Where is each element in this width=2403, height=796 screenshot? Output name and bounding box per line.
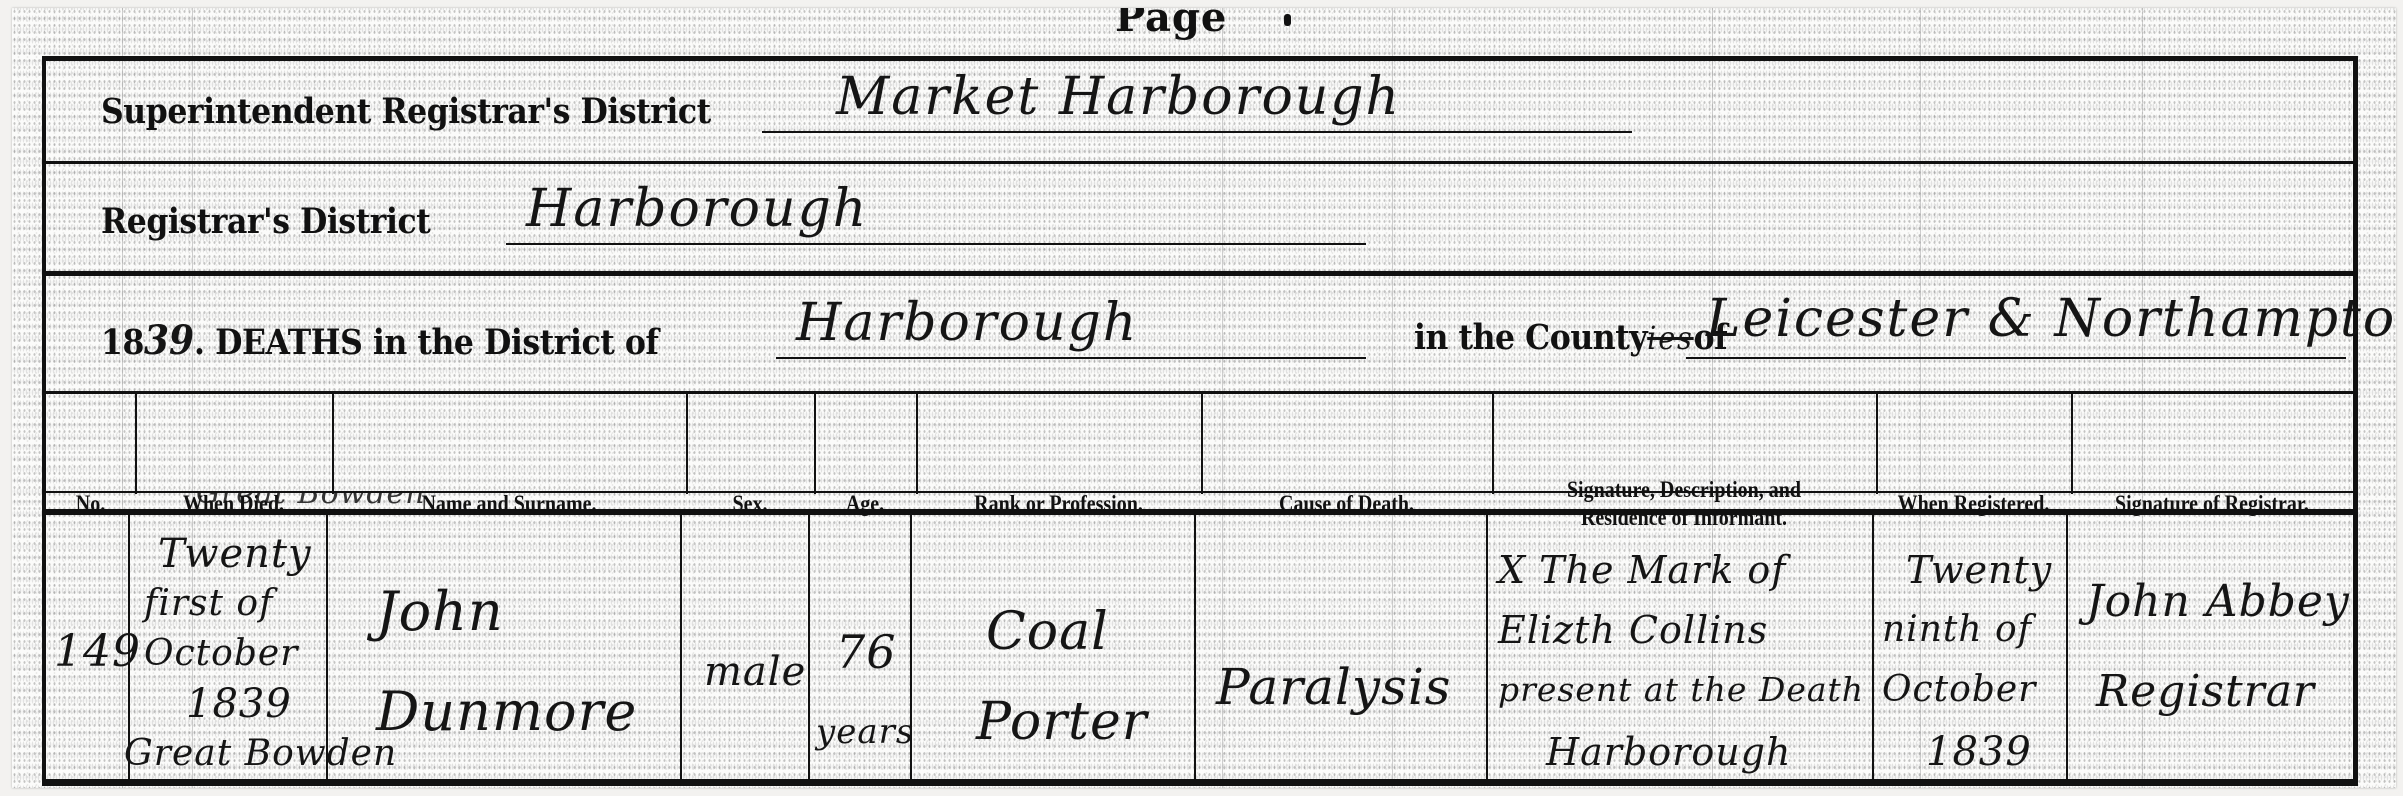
superintendent-label: Superintendent Registrar's District (101, 91, 711, 132)
when-registered-line-3: October (1882, 659, 2036, 721)
col-header-registrar: Signature of Registrar. (2071, 449, 2353, 558)
registrar-underline (506, 243, 1366, 245)
rank-line-2: Porter (976, 691, 1148, 753)
register-table: Superintendent Registrar's District Mark… (42, 56, 2358, 786)
name-first: John (376, 581, 504, 643)
informant-line-1: X The Mark of (1498, 539, 1786, 601)
when-died-line-5: Great Bowden (124, 723, 397, 785)
age-number: 76 (836, 621, 897, 683)
when-registered-line-1: Twenty (1906, 539, 2052, 601)
informant-line-4: Harborough (1546, 721, 1791, 783)
county-value: Leicester & Northampton (1706, 289, 2396, 349)
register-page: Page Superintendent Registrar's District… (12, 8, 2396, 788)
county-text: in the County (1414, 317, 1647, 358)
age-unit: years (816, 701, 914, 763)
district-underline (776, 357, 1366, 359)
deaths-label: . DEATHS in the District of (194, 322, 658, 363)
registrar-label: Registrar's District (101, 201, 430, 242)
superintendent-value: Market Harborough (836, 67, 1401, 127)
superintendent-underline (762, 131, 1632, 133)
rule (46, 391, 2353, 394)
col-header-sex: Sex. (686, 449, 814, 558)
year-prefix: 18 (101, 322, 144, 363)
registrar-value: Harborough (526, 179, 868, 239)
deaths-title: 1839. DEATHS in the District of (101, 317, 658, 364)
name-surname: Dunmore (376, 681, 637, 743)
registrar-signature: John Abbey (2086, 571, 2350, 633)
col-header-no: No. (46, 449, 135, 558)
cause-value: Paralysis (1216, 656, 1451, 718)
informant-line-3: present at the Death (1498, 659, 1864, 721)
county-underline (1686, 357, 2346, 359)
col-header-cause: Cause of Death. (1201, 449, 1492, 558)
page-number-fragment (1284, 14, 1291, 26)
sex-value: male (704, 641, 806, 703)
rule (46, 271, 2353, 276)
when-registered-line-4: 1839 (1926, 721, 2032, 783)
entry-number: 149 (54, 621, 141, 683)
county-struck: ies (1647, 319, 1693, 357)
year-suffix: 39 (144, 317, 194, 364)
informant-line-2: Elizth Collins (1498, 599, 1768, 661)
registrar-title: Registrar (2096, 661, 2315, 723)
county-label: in the Countyiesof (1414, 317, 1727, 358)
col-header-rank: Rank or Profession. (916, 449, 1201, 558)
district-value: Harborough (796, 293, 1138, 353)
when-registered-line-2: ninth of (1882, 599, 2032, 661)
page-label: Page (1115, 8, 1227, 41)
rule (46, 161, 2353, 164)
col-header-age: Age. (814, 449, 916, 558)
rank-line-1: Coal (986, 601, 1109, 663)
